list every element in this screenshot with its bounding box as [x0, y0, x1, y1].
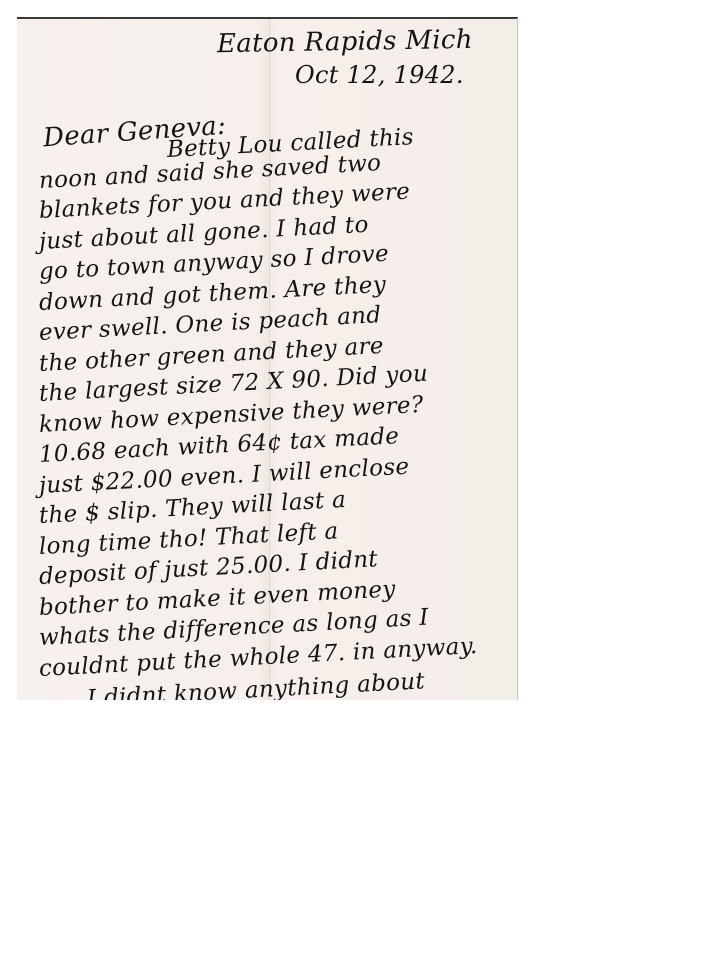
letter-page: Eaton Rapids Mich Oct 12, 1942. Dear Gen…	[17, 17, 518, 700]
letter-heading-date: Oct 12, 1942.	[295, 61, 464, 89]
letter-heading-place: Eaton Rapids Mich	[217, 25, 473, 59]
